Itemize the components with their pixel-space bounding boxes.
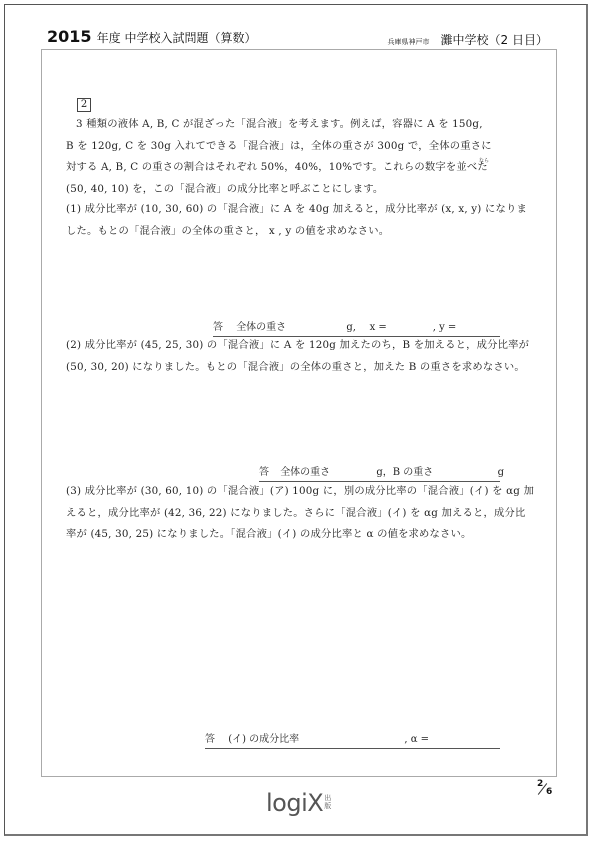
answer-prefix: 答 <box>259 463 277 478</box>
answer-label-x: x = <box>370 322 430 333</box>
answer-prefix: 答 <box>213 318 233 333</box>
answer-line-3: 答 (イ) の成分比率 , α = <box>205 730 500 749</box>
answer-label-alpha: , α = <box>404 734 429 745</box>
q3-line: 率が (45, 30, 25) になりました。「混合液」(イ) の成分比率と α… <box>66 524 506 546</box>
q2-line: (2) 成分比率が (45, 25, 30) の「混合液」に A を 120g … <box>66 335 506 357</box>
answer-label-ratio: (イ) の成分比率 <box>228 730 401 745</box>
intro-line: (50, 40, 10) を，この「混合液」の成分比率と呼ぶことにします。 <box>66 179 506 201</box>
question-2-text: (2) 成分比率が (45, 25, 30) の「混合液」に A を 120g … <box>66 335 506 378</box>
intro-line: B を 120g, C を 30g 入れてできる「混合液」は，全体の重さが 30… <box>66 136 506 158</box>
logo-subtext: 出版 <box>324 794 332 810</box>
answer-line-2: 答 全体の重さ g，B の重さ g <box>259 463 500 482</box>
answer-label-total-weight: 全体の重さ <box>236 318 343 333</box>
question-1-text: (1) 成分比率が (10, 30, 60) の「混合液」に A を 40g 加… <box>66 199 506 242</box>
page-total: 6 <box>546 787 552 797</box>
q3-line: (3) 成分比率が (30, 60, 10) の「混合液」(ア) 100g に，… <box>66 481 506 503</box>
school-name: 灘中学校（2 日目） <box>441 33 548 47</box>
answer-label-y: , y = <box>433 322 457 333</box>
exam-title: 年度 中学校入試問題（算数） <box>97 31 257 45</box>
question-3-text: (3) 成分比率が (30, 60, 10) の「混合液」(ア) 100g に，… <box>66 481 506 546</box>
q1-line: (1) 成分比率が (10, 30, 60) の「混合液」に A を 40g 加… <box>66 199 506 221</box>
school-location: 兵庫県神戸市 <box>387 38 429 46</box>
exam-year: 2015 <box>47 27 92 46</box>
question-number: 2 <box>77 98 91 112</box>
exam-header-title: 2015 年度 中学校入試問題（算数） <box>47 27 256 46</box>
q2-line: (50, 30, 20) になりました。もとの「混合液」の全体の重さと，加えた … <box>66 357 506 379</box>
answer-label-b-weight: g，B の重さ <box>376 463 494 478</box>
ruby-annotation: なら <box>479 157 489 164</box>
q1-line: した。もとの「混合液」の全体の重さと， x , y の値を求めなさい。 <box>66 221 506 243</box>
answer-unit-g: g <box>498 467 504 478</box>
intro-paragraph: 3 種類の液体 A, B, C が混ざった「混合液」を考えます。例えば，容器に … <box>66 114 506 200</box>
logo-text: logiX <box>266 789 323 817</box>
publisher-logo: logiX出版 <box>266 789 332 817</box>
exam-header-school: 兵庫県神戸市 灘中学校（2 日目） <box>387 29 548 48</box>
intro-line: 3 種類の液体 A, B, C が混ざった「混合液」を考えます。例えば，容器に … <box>66 114 506 136</box>
q3-line: えると，成分比率が (42, 36, 22) になりました。さらに「混合液」(イ… <box>66 503 506 525</box>
answer-label-total-weight: 全体の重さ <box>280 463 373 478</box>
answer-unit-g: g, <box>346 322 366 333</box>
answer-prefix: 答 <box>205 730 225 745</box>
intro-line: 対する A, B, C の重さの割合はそれぞれ 50%，40%，10%です。これ… <box>66 157 506 179</box>
